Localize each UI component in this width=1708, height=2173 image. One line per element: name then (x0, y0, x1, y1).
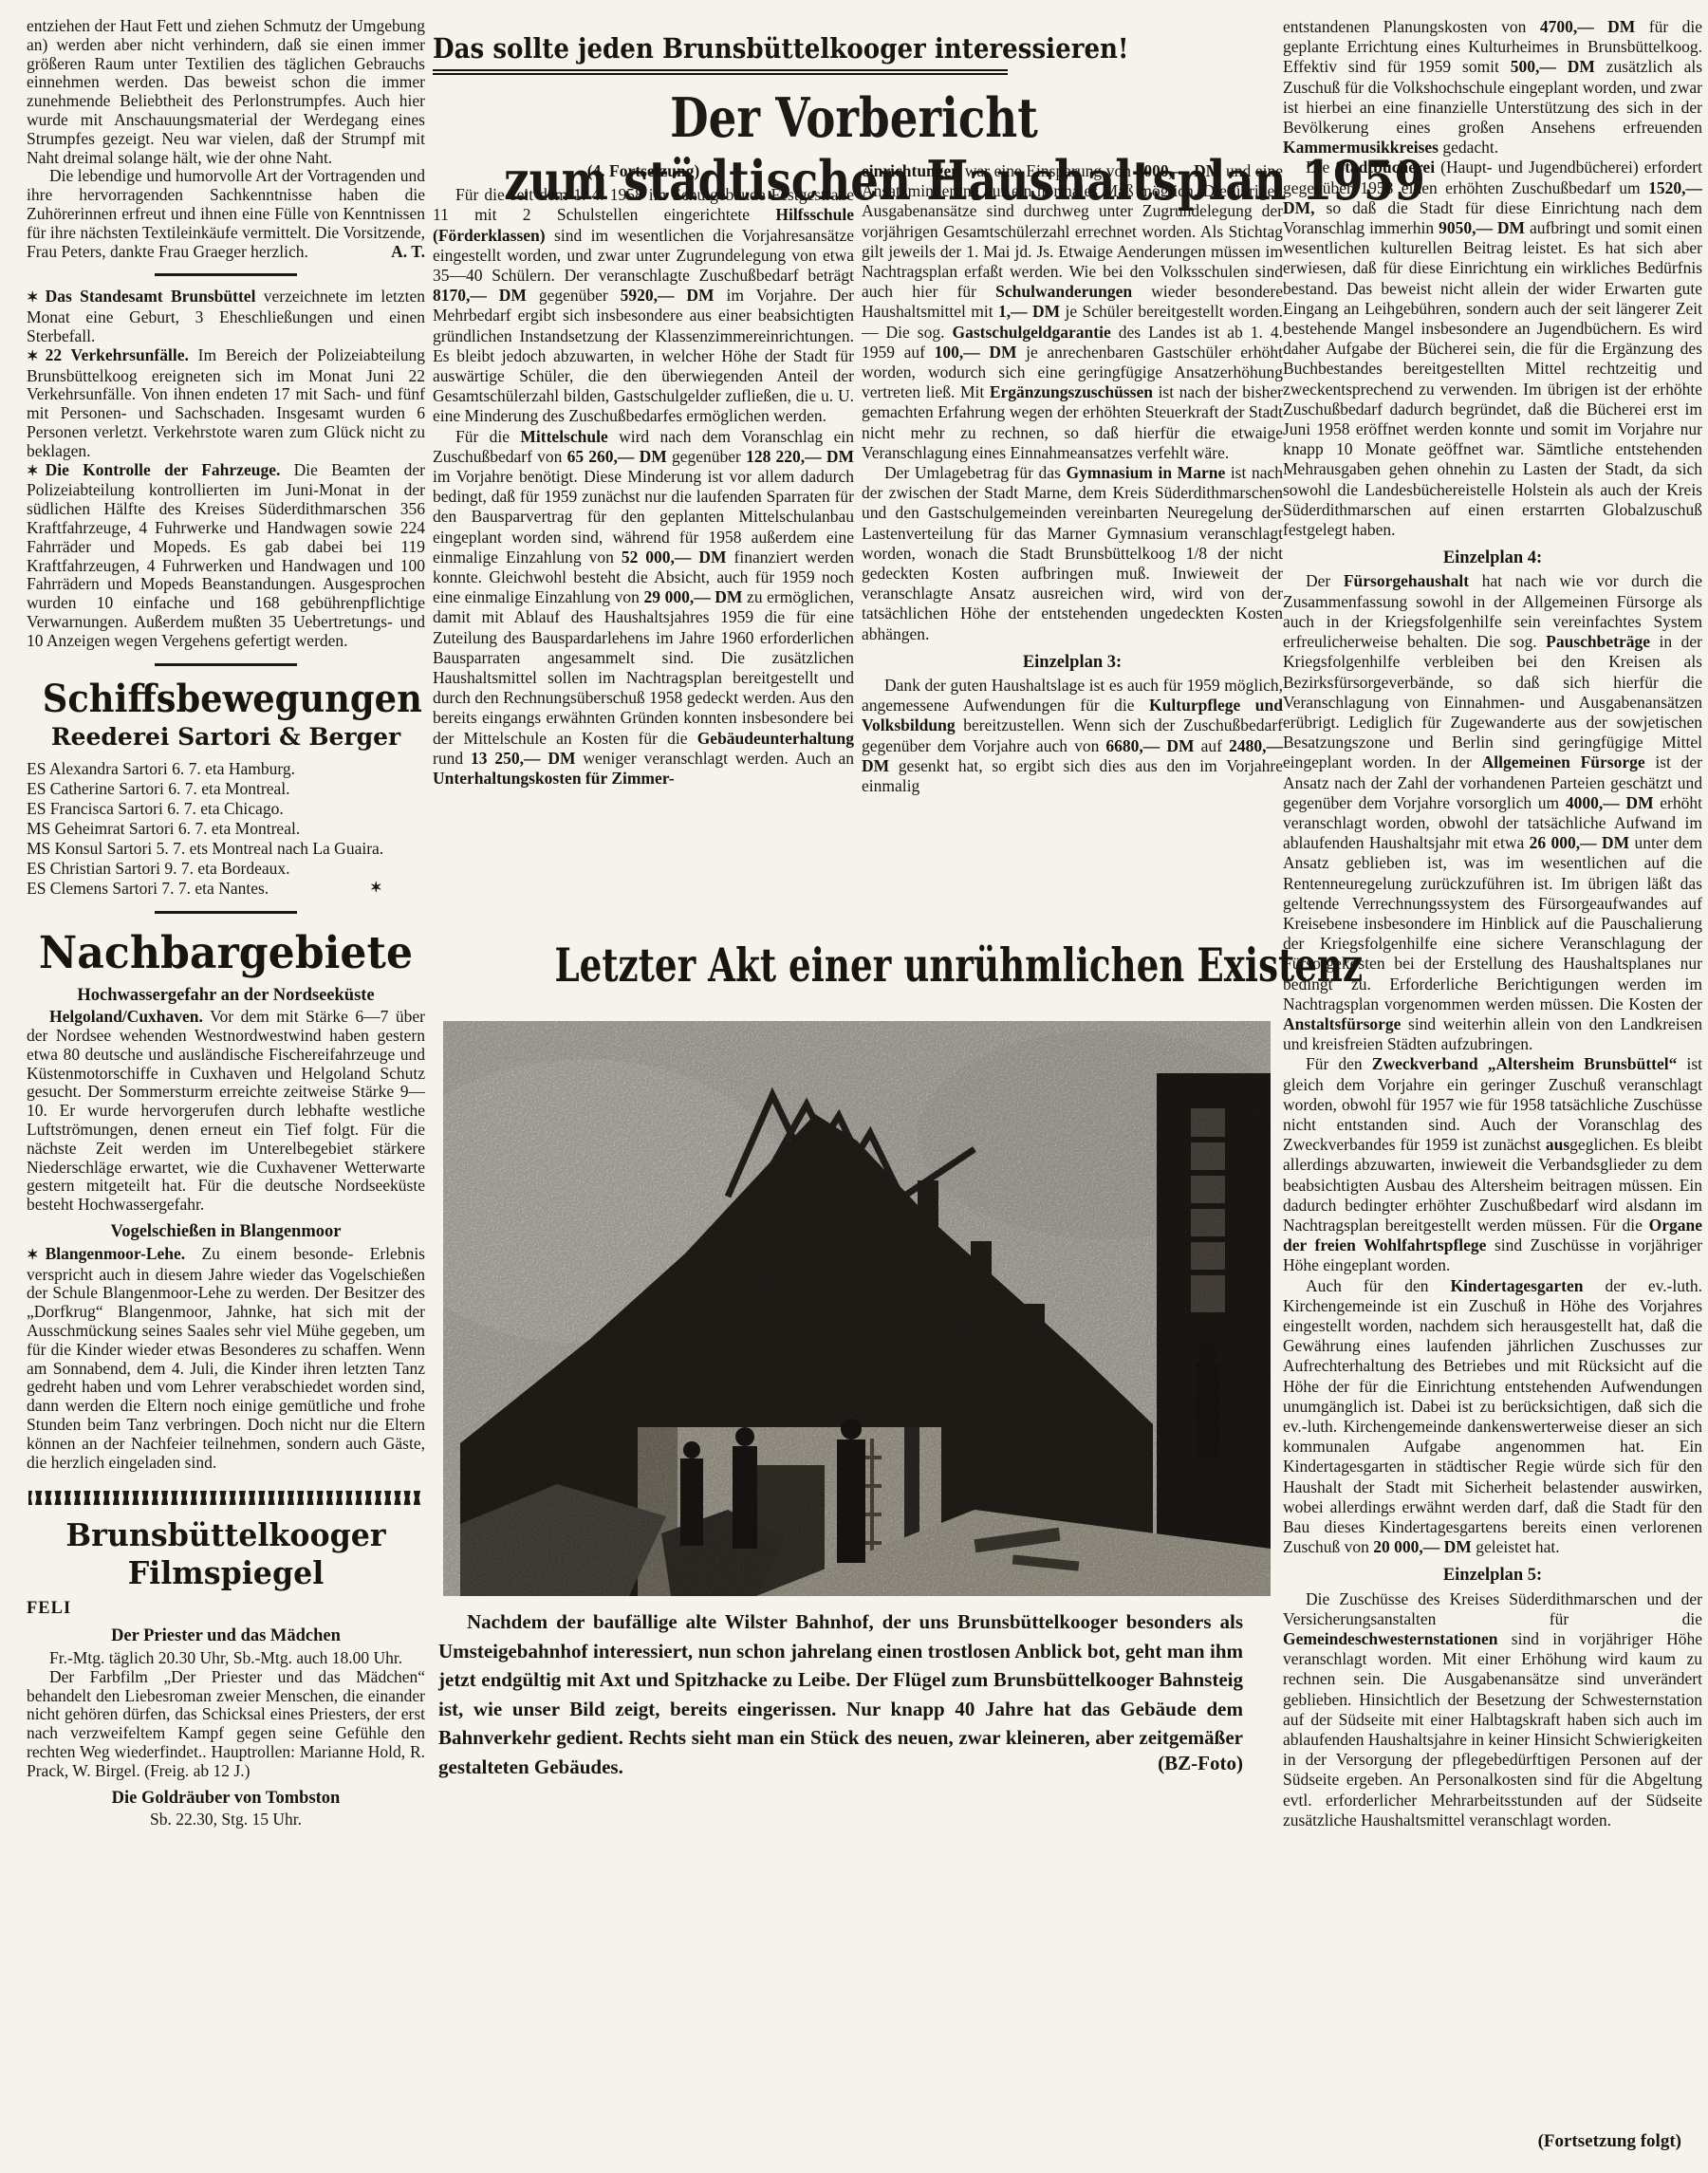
article-column-1: (4. Fortsetzung)Für die seit dem 1. 4. 1… (433, 161, 854, 915)
star-icon: ✶ (27, 349, 39, 364)
photo-credit: (BZ-Foto) (438, 1752, 1243, 1775)
photo-old-wilster-bahnhof (443, 1021, 1271, 1596)
subhead-einzelplan-5: Einzelplan 5: (1283, 1566, 1702, 1586)
article-vogelschiessen: ✶Blangenmoor-Lehe. Zu einem besonde- Erl… (27, 1245, 425, 1473)
budget-hilfsschule: Für die seit dem 1. 4. 1958 im Schulgebä… (433, 185, 854, 426)
notice-verkehrsunfaelle: ✶22 Verkehrsunfälle. Im Bereich der Poli… (27, 346, 425, 461)
subhead-einzelplan-3: Einzelplan 3: (862, 653, 1283, 673)
newspaper-page: { "page": {"background": "#f6f3ec", "ink… (0, 0, 1708, 2173)
cinema-name: FELI (27, 1600, 425, 1619)
demolition-photo-illustration (443, 1021, 1271, 1596)
budget-mittelschule: Für die Mittelschule wird nach dem Voran… (433, 427, 854, 789)
section-headline-schiffsbewegungen: Schiffsbewegungen (43, 678, 409, 721)
article-column-2: einrichtungen war eine Einsparung von 40… (862, 161, 1283, 915)
film-title-1: Der Priester und das Mädchen (27, 1627, 425, 1646)
section-headline-filmspiegel: Brunsbüttelkooger Filmspiegel (34, 1516, 417, 1592)
ship-entry: MS Konsul Sartori 5. 7. ets Montreal nac… (27, 839, 425, 859)
budget-zimmereinrichtungen: einrichtungen war eine Einsparung von 40… (862, 161, 1283, 463)
star-icon: ✶ (27, 290, 39, 306)
subhead-vogelschiessen: Vogelschießen in Blangenmoor (27, 1223, 425, 1242)
article-textile-lecture: Die lebendige und humorvolle Art der Vor… (27, 167, 425, 261)
subhead-einzelplan-4: Einzelplan 4: (1283, 548, 1702, 568)
ship-entry: ES Clemens Sartori 7. 7. eta Nantes.✶ (27, 879, 425, 899)
rule (155, 273, 297, 276)
right-column: entstandenen Planungskosten von 4700,— D… (1283, 17, 1702, 2122)
film-description-1: Der Farbfilm „Der Priester und das Mädch… (27, 1668, 425, 1781)
budget-kulturpflege: Dank der guten Haushaltslage ist es auch… (862, 676, 1283, 796)
ship-entry: MS Geheimrat Sartori 6. 7. eta Montreal. (27, 819, 425, 839)
budget-kindertagesgarten: Auch für den Kindertagesgarten der ev.-l… (1283, 1276, 1702, 1558)
ship-entry: ES Alexandra Sartori 6. 7. eta Hamburg. (27, 759, 425, 779)
notice-fahrzeugkontrolle: ✶Die Kontrolle der Fahrzeuge. Die Beamte… (27, 461, 425, 651)
subhead-hochwassergefahr: Hochwassergefahr an der Nordseeküste (27, 987, 425, 1006)
ship-entry: ES Christian Sartori 9. 7. eta Bordeaux. (27, 859, 425, 879)
ship-entry: ES Catherine Sartori 6. 7. eta Montreal. (27, 779, 425, 799)
notice-standesamt: ✶Das Standesamt Brunsbüttel verzeichnete… (27, 288, 425, 345)
star-icon: ✶ (27, 1248, 39, 1263)
budget-gymnasium-marne: Der Umlagebetrag für das Gymnasium in Ma… (862, 463, 1283, 644)
star-icon: ✶ (27, 464, 39, 479)
budget-altersheim: Für den Zweckverband „Altersheim Brunsbü… (1283, 1054, 1702, 1275)
section-headline-nachbargebiete: Nachbargebiete (39, 929, 414, 978)
budget-gemeindeschwestern: Die Zuschüsse des Kreises Süderdithmarsc… (1283, 1589, 1702, 1830)
section-subhead-reederei: Reederei Sartori & Berger (27, 723, 425, 752)
braid (28, 1491, 423, 1505)
photo-headline: Letzter Akt einer unrühmlichen Existenz (427, 938, 1281, 993)
rule (155, 911, 297, 914)
film-showtimes-1: Fr.-Mtg. täglich 20.30 Uhr, Sb.-Mtg. auc… (27, 1649, 425, 1668)
budget-kulturheim: entstandenen Planungskosten von 4700,— D… (1283, 17, 1702, 158)
article-textile-lecture: entziehen der Haut Fett und ziehen Schmu… (27, 17, 425, 167)
author-initials: A. T. (357, 243, 425, 262)
budget-stadtbuecherei: Die Stadtbücherei (Haupt- und Jugendbüch… (1283, 158, 1702, 540)
main-headline-line1: Der Vorbericht (504, 87, 1204, 150)
left-column: entziehen der Haut Fett und ziehen Schmu… (27, 17, 425, 2154)
ship-entry: ES Francisca Sartori 6. 7. eta Chicago. (27, 799, 425, 819)
article-hochwasser: Helgoland/Cuxhaven. Vor dem mit Stärke 6… (27, 1008, 425, 1215)
kicker-text: Das sollte jeden Brunsbüttelkooger inter… (433, 32, 1129, 65)
photo-headline-text: Letzter Akt einer unrühmlichen Existenz (554, 938, 1363, 993)
continuation-footer: (Fortsetzung folgt) (1283, 2131, 1681, 2152)
rule (155, 663, 297, 666)
film-title-2: Die Goldräuber von Tombston (27, 1790, 425, 1809)
film-showtimes-2: Sb. 22.30, Stg. 15 Uhr. (27, 1811, 425, 1829)
kicker-headline: Das sollte jeden Brunsbüttelkooger inter… (433, 32, 1008, 75)
continuation-note: (4. Fortsetzung) (433, 161, 854, 181)
